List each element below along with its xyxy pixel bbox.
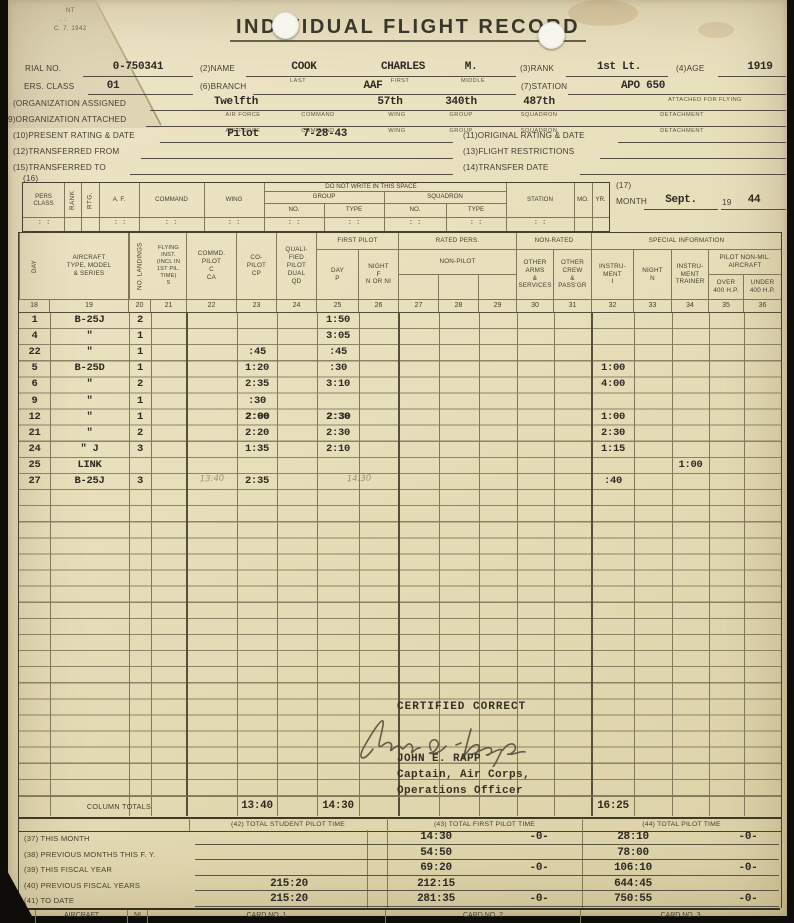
card-number-strip: AIRCRAFT NI CARD NO. 1 CARD NO. 2 CARD N… bbox=[18, 908, 780, 923]
rated-pers-group-header: RATED PERS. bbox=[399, 233, 517, 250]
aircraft-cell: " J bbox=[50, 442, 129, 457]
other-arms-header: OTHER ARMS & SERVICES bbox=[517, 250, 554, 299]
present-rating-date: 7-28-43 bbox=[295, 128, 355, 140]
field-line bbox=[253, 94, 516, 95]
day-cell: 12 bbox=[19, 410, 50, 425]
commd-pilot-column-header: COMMD. PILOT C CA bbox=[187, 233, 237, 299]
co-pilot-cell: 2:35 bbox=[237, 377, 277, 392]
stamp-fragment: NT bbox=[66, 8, 75, 14]
over-400hp-header: OVER 400 H.P. bbox=[709, 275, 744, 299]
landings-cell: 3 bbox=[129, 474, 151, 489]
summary-label: (40) PREVIOUS FISCAL YEARS bbox=[24, 881, 140, 890]
total-value: 28:10 bbox=[591, 831, 675, 843]
org-wing-value: 57th bbox=[360, 96, 420, 108]
year-value: 44 bbox=[734, 194, 774, 206]
field-line bbox=[146, 126, 786, 127]
card-strip-aircraft: AIRCRAFT bbox=[36, 910, 128, 923]
org-group-value: 340th bbox=[431, 96, 491, 108]
co-pilot-column-header: CO- PILOT CP bbox=[237, 233, 277, 299]
co-pilot-cell: 2:35 bbox=[237, 474, 277, 489]
field-line bbox=[88, 94, 193, 95]
field-line bbox=[160, 142, 453, 143]
station-header: STATION bbox=[506, 183, 574, 217]
day-cell: 9 bbox=[19, 394, 50, 409]
org-attached-label: 9)ORGANIZATION ATTACHED bbox=[8, 115, 126, 124]
pencil-note: 14:30 bbox=[337, 473, 381, 485]
aircraft-cell: B-25D bbox=[50, 361, 129, 376]
landings-cell: 1 bbox=[129, 329, 151, 344]
column-number-row: 18 19 20 21 22 23 24 25 26 27 28 29 30 3… bbox=[19, 299, 781, 313]
total-first-pilot-day: 14:30 bbox=[317, 797, 359, 816]
sub-label-group: GROUP bbox=[431, 112, 491, 118]
flight-restrictions-label: (13)FLIGHT RESTRICTIONS bbox=[463, 147, 574, 156]
card-dots: : : bbox=[29, 219, 59, 227]
flight-row: 25 LINK 1:00 bbox=[19, 458, 781, 474]
card-dots: : : bbox=[279, 219, 309, 227]
column-totals-label: COLUMN TOTALS bbox=[49, 797, 189, 817]
sub-label-command: COMMAND bbox=[288, 112, 348, 118]
aircraft-cell: " bbox=[50, 410, 129, 425]
summary-row: (41) TO DATE 215:20 281:35 -0- 750:55 -0… bbox=[19, 892, 781, 908]
card-no-2: CARD NO. 2 bbox=[386, 910, 581, 923]
under-400hp-header: UNDER 400 H.P. bbox=[744, 275, 781, 299]
field-line bbox=[644, 209, 718, 210]
flight-row: 5 B-25D 1 1:20 :30 1:00 bbox=[19, 361, 781, 377]
sub-label-last: LAST bbox=[273, 78, 323, 84]
landings-cell: 1 bbox=[129, 410, 151, 425]
field-line bbox=[721, 209, 786, 210]
attached-for-flying-label: ATTACHED FOR FLYING bbox=[650, 97, 760, 103]
first-pilot-day-cell: 3:10 bbox=[317, 377, 359, 392]
aircraft-column-header: AIRCRAFT TYPE, MODEL & SERIES bbox=[50, 233, 129, 299]
instrument-header: INSTRU- MENT I bbox=[592, 250, 634, 299]
flight-row: 12 " 1 2:00 2:30 1:00 bbox=[19, 410, 781, 426]
af-header: A. F. bbox=[99, 183, 139, 217]
instrument-cell: 1:15 bbox=[592, 442, 634, 457]
aircraft-cell: B-25J bbox=[50, 313, 129, 328]
total-value2: -0- bbox=[706, 831, 790, 843]
squadron-header: SQUADRON bbox=[384, 191, 506, 203]
co-pilot-cell: 2:20 bbox=[237, 426, 277, 441]
landings-cell: 2 bbox=[129, 426, 151, 441]
do-not-write-label: DO NOT WRITE IN THIS SPACE bbox=[251, 183, 491, 191]
instrument-cell: 2:30 bbox=[592, 426, 634, 441]
org-air-force-value: Twelfth bbox=[198, 96, 274, 108]
transferred-to-label: (15)TRANSFERRED TO bbox=[13, 163, 106, 172]
day-cell: 24 bbox=[19, 442, 50, 457]
card-no-1: CARD NO. 1 bbox=[148, 910, 386, 923]
branch-label: (6)BRANCH bbox=[200, 82, 246, 91]
age-value: 1919 bbox=[735, 61, 785, 73]
field-line bbox=[600, 158, 786, 159]
co-pilot-cell: 1:20 bbox=[237, 361, 277, 376]
column-totals-row: COLUMN TOTALS 13:40 14:30 16:25 bbox=[19, 796, 781, 819]
rtg-header: RTG. bbox=[81, 183, 99, 217]
rank-label: (3)RANK bbox=[520, 64, 554, 73]
flight-row: 21 " 2 2:20 2:30 2:30 bbox=[19, 426, 781, 442]
total-value: 106:10 bbox=[591, 862, 675, 874]
summary-row: (39) THIS FISCAL YEAR 69:20 -0- 106:10 -… bbox=[19, 861, 781, 877]
night-header: NIGHT N bbox=[634, 250, 672, 299]
card-strip-ni: NI bbox=[128, 910, 148, 923]
field-line bbox=[83, 76, 193, 77]
squadron-type-header: TYPE bbox=[446, 203, 506, 217]
wing-header: WING bbox=[204, 183, 264, 217]
summary-row: (37) THIS MONTH 14:30 -0- 28:10 -0- bbox=[19, 830, 781, 846]
station-value: APO 650 bbox=[605, 80, 681, 92]
hole-punch bbox=[538, 22, 565, 49]
landings-cell: 1 bbox=[129, 361, 151, 376]
aircraft-cell: " bbox=[50, 426, 129, 441]
month-label: MONTH bbox=[616, 197, 647, 206]
station-label: (7)STATION bbox=[521, 82, 567, 91]
field-line bbox=[566, 76, 668, 77]
landings-column-header: NO. LANDINGS bbox=[129, 233, 151, 299]
flying-inst-column-header: FLYING INST. (INCL IN 1ST PIL. TIME) S bbox=[151, 233, 187, 299]
total-value: 78:00 bbox=[591, 847, 675, 859]
summary-row: (38) PREVIOUS MONTHS THIS F. Y. 54:50 78… bbox=[19, 846, 781, 862]
present-rating-value: Pilot bbox=[213, 128, 273, 140]
first-pilot-value: 281:35 bbox=[394, 893, 478, 905]
pilot-nonmil-group-header: PILOT NON-MIL. AIRCRAFT bbox=[709, 250, 781, 275]
certifier-title: Captain, Air Corps, bbox=[397, 769, 530, 781]
year-prefix: 19 bbox=[722, 198, 732, 207]
rank-value: 1st Lt. bbox=[584, 61, 654, 73]
pers-class-label: ERS. CLASS bbox=[24, 82, 74, 91]
instrument-cell: 1:00 bbox=[592, 410, 634, 425]
sub-label-detachment: DETACHMENT bbox=[652, 128, 712, 134]
age-label: (4)AGE bbox=[676, 64, 705, 73]
rank-header: RANK bbox=[64, 183, 81, 217]
flight-row: 1 B-25J 2 1:50 bbox=[19, 313, 781, 329]
card-dots: : : bbox=[219, 219, 249, 227]
sub-label-wing: WING bbox=[367, 112, 427, 118]
first-pilot-value: 69:20 bbox=[394, 862, 478, 874]
non-pilot-header: NON-PILOT bbox=[399, 250, 517, 275]
field-line bbox=[150, 110, 786, 111]
card-dots: : : bbox=[339, 219, 369, 227]
co-pilot-cell: 2:00 bbox=[237, 410, 277, 425]
org-assigned-label: (ORGANIZATION ASSIGNED bbox=[13, 99, 126, 108]
co-pilot-cell: :45 bbox=[237, 345, 277, 360]
day-cell: 21 bbox=[19, 426, 50, 441]
first-pilot-value2: -0- bbox=[497, 862, 581, 874]
squadron-no-header: NO. bbox=[384, 203, 446, 217]
total-instrument: 16:25 bbox=[592, 797, 634, 816]
aircraft-cell: " bbox=[50, 377, 129, 392]
sub-label-middle: MIDDLE bbox=[448, 78, 498, 84]
pers-class-value: 01 bbox=[93, 80, 133, 92]
total-value2: -0- bbox=[706, 862, 790, 874]
aircraft-cell: LINK bbox=[50, 458, 129, 473]
co-pilot-cell: :30 bbox=[237, 394, 277, 409]
month-value: Sept. bbox=[646, 194, 716, 206]
branch-value: AAF bbox=[348, 80, 398, 92]
day-cell: 5 bbox=[19, 361, 50, 376]
sub-label-squadron: SQUADRON bbox=[509, 112, 569, 118]
name-last-value: COOK bbox=[274, 61, 334, 73]
summary-label: (41) TO DATE bbox=[24, 896, 74, 905]
day-cell: 25 bbox=[19, 458, 50, 473]
day-cell: 4 bbox=[19, 329, 50, 344]
hole-punch bbox=[272, 12, 299, 39]
box17-number: (17) bbox=[616, 181, 631, 190]
flight-row: 9 " 1 :30 bbox=[19, 394, 781, 410]
landings-cell: 2 bbox=[129, 313, 151, 328]
card-no-3: CARD NO. 3 bbox=[581, 910, 780, 923]
group-no-header: NO. bbox=[264, 203, 324, 217]
serial-label: RIAL NO. bbox=[25, 64, 61, 73]
aircraft-cell: " bbox=[50, 345, 129, 360]
field-line bbox=[141, 158, 453, 159]
total-co-pilot: 13:40 bbox=[237, 797, 277, 816]
sub-label-wing: WING bbox=[367, 128, 427, 134]
flight-row: 22 " 1 :45 :45 bbox=[19, 345, 781, 361]
total-value2: -0- bbox=[706, 893, 790, 905]
rated-empty-cell bbox=[439, 275, 479, 299]
first-pilot-value: 212:15 bbox=[394, 878, 478, 890]
landings-cell: 1 bbox=[129, 394, 151, 409]
first-pilot-night-header: NIGHT F N OR NI bbox=[359, 250, 399, 299]
co-pilot-cell: 1:35 bbox=[237, 442, 277, 457]
yr-header: YR. bbox=[592, 183, 609, 217]
first-pilot-day-cell: 3:05 bbox=[317, 329, 359, 344]
summary-label: (39) THIS FISCAL YEAR bbox=[24, 865, 112, 874]
field-line bbox=[580, 174, 786, 175]
flight-record-form: NT . : C. 7. 1942 INDIVIDUAL FLIGHT RECO… bbox=[8, 0, 787, 916]
certifier-name: JOHN E. RAPP bbox=[397, 753, 481, 765]
qualified-pilot-column-header: QUALI- FIED PILOT DUAL QD bbox=[277, 233, 317, 299]
group-type-header: TYPE bbox=[324, 203, 384, 217]
flight-row: 6 " 2 2:35 3:10 4:00 bbox=[19, 377, 781, 393]
day-column-header: DAY bbox=[19, 233, 50, 299]
first-pilot-day-cell: :45 bbox=[317, 345, 359, 360]
present-rating-label: (10)PRESENT RATING & DATE bbox=[13, 131, 135, 140]
first-pilot-day-header: DAY P bbox=[317, 250, 359, 299]
landings-cell: 1 bbox=[129, 345, 151, 360]
summary-row: (40) PREVIOUS FISCAL YEARS 215:20 212:15… bbox=[19, 877, 781, 893]
stamp-fragment: . : bbox=[60, 17, 67, 23]
day-cell: 22 bbox=[19, 345, 50, 360]
aircraft-cell: " bbox=[50, 329, 129, 344]
landings-cell: 3 bbox=[129, 442, 151, 457]
sub-label-detachment: DETACHMENT bbox=[652, 112, 712, 118]
day-cell: 27 bbox=[19, 474, 50, 489]
day-cell: 1 bbox=[19, 313, 50, 328]
aircraft-cell: B-25J bbox=[50, 474, 129, 489]
instrument-cell: 4:00 bbox=[592, 377, 634, 392]
first-pilot-day-cell: 2:30 bbox=[317, 410, 359, 425]
card-dots: : : bbox=[105, 219, 135, 227]
card-dots: : : bbox=[400, 219, 430, 227]
transfer-date-label: (14)TRANSFER DATE bbox=[463, 163, 549, 172]
transferred-from-label: (12)TRANSFERRED FROM bbox=[13, 147, 119, 156]
instrument-trainer-header: INSTRU- MENT TRAINER bbox=[672, 250, 709, 299]
first-pilot-value2: -0- bbox=[497, 893, 581, 905]
student-pilot-value: 215:20 bbox=[247, 893, 331, 905]
landings-cell: 2 bbox=[129, 377, 151, 392]
mo-header: MO. bbox=[574, 183, 592, 217]
field-line bbox=[568, 94, 786, 95]
name-middle-value: M. bbox=[456, 61, 486, 73]
first-pilot-day-cell: 2:30 bbox=[317, 426, 359, 441]
special-info-group-header: SPECIAL INFORMATION bbox=[592, 233, 781, 250]
stamp-fragment: C. 7. 1942 bbox=[54, 26, 87, 32]
sub-label-air-force: AIR FORCE bbox=[213, 112, 273, 118]
day-cell: 6 bbox=[19, 377, 50, 392]
rated-empty-cell bbox=[479, 275, 517, 299]
serial-value: 0-750341 bbox=[88, 61, 188, 73]
summary-label: (37) THIS MONTH bbox=[24, 834, 90, 843]
first-pilot-day-cell: 2:10 bbox=[317, 442, 359, 457]
field-line bbox=[718, 76, 786, 77]
aircraft-cell: " bbox=[50, 394, 129, 409]
other-crew-header: OTHER CREW & PASS'GR bbox=[554, 250, 592, 299]
first-pilot-value: 54:50 bbox=[394, 847, 478, 859]
card-dots: : : bbox=[525, 219, 555, 227]
flight-row: 24 " J 3 1:35 2:10 1:15 bbox=[19, 442, 781, 458]
non-rated-group-header: NON-RATED bbox=[517, 233, 592, 250]
instrument-cell: :40 bbox=[592, 474, 634, 489]
field-line bbox=[246, 76, 516, 77]
do-not-write-box: DO NOT WRITE IN THIS SPACE PERS CLASS RA… bbox=[22, 182, 610, 232]
pencil-note: 13:40 bbox=[187, 473, 237, 485]
group-header: GROUP bbox=[264, 191, 384, 203]
first-pilot-value2: -0- bbox=[497, 831, 581, 843]
name-label: (2)NAME bbox=[200, 64, 235, 73]
original-rating-label: (11)ORIGINAL RATING & DATE bbox=[463, 131, 585, 140]
summary-label: (38) PREVIOUS MONTHS THIS F. Y. bbox=[24, 850, 156, 859]
command-header: COMMAND bbox=[139, 183, 204, 217]
instrument-cell: 1:00 bbox=[592, 361, 634, 376]
field-line bbox=[130, 174, 453, 175]
pers-class-header: PERS CLASS bbox=[23, 183, 64, 217]
first-pilot-day-cell: :30 bbox=[317, 361, 359, 376]
first-pilot-value: 14:30 bbox=[394, 831, 478, 843]
summary-section: (37) THIS MONTH 14:30 -0- 28:10 -0- (38)… bbox=[18, 830, 782, 908]
total-value: 750:55 bbox=[591, 893, 675, 905]
paper-stain bbox=[698, 22, 734, 38]
first-pilot-group-header: FIRST PILOT bbox=[317, 233, 399, 250]
name-first-value: CHARLES bbox=[368, 61, 438, 73]
flight-table: DAY AIRCRAFT TYPE, MODEL & SERIES NO. LA… bbox=[18, 232, 782, 832]
student-pilot-value: 215:20 bbox=[247, 878, 331, 890]
flight-row: 4 " 1 3:05 bbox=[19, 329, 781, 345]
instrument-trainer-cell: 1:00 bbox=[672, 458, 709, 473]
total-value: 644:45 bbox=[591, 878, 675, 890]
field-line bbox=[618, 142, 786, 143]
rated-empty-cell bbox=[399, 275, 439, 299]
first-pilot-day-cell: 1:50 bbox=[317, 313, 359, 328]
card-dots: : : bbox=[461, 219, 491, 227]
flight-row: 27 B-25J 3 13:40 2:35 14:30 :40 bbox=[19, 474, 781, 490]
card-dots: : : bbox=[156, 219, 186, 227]
org-squadron-value: 487th bbox=[509, 96, 569, 108]
